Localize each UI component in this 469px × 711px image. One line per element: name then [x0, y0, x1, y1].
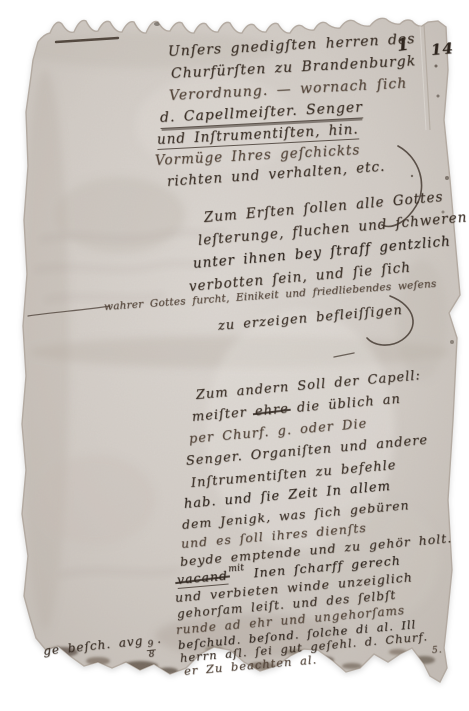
archival-fraction: 98: [145, 640, 157, 661]
struck-word: ehre: [254, 402, 289, 420]
inserted-word-mit: mit: [228, 563, 245, 574]
bottom-right-mark: 5.: [432, 645, 443, 656]
margin-bracket: [16, 298, 22, 342]
fraction-denominator: 8: [148, 651, 155, 661]
page-number: 14: [430, 39, 454, 59]
manuscript-scan: 1 14 Unſers gnedigſten herren des Churfü…: [0, 0, 469, 711]
